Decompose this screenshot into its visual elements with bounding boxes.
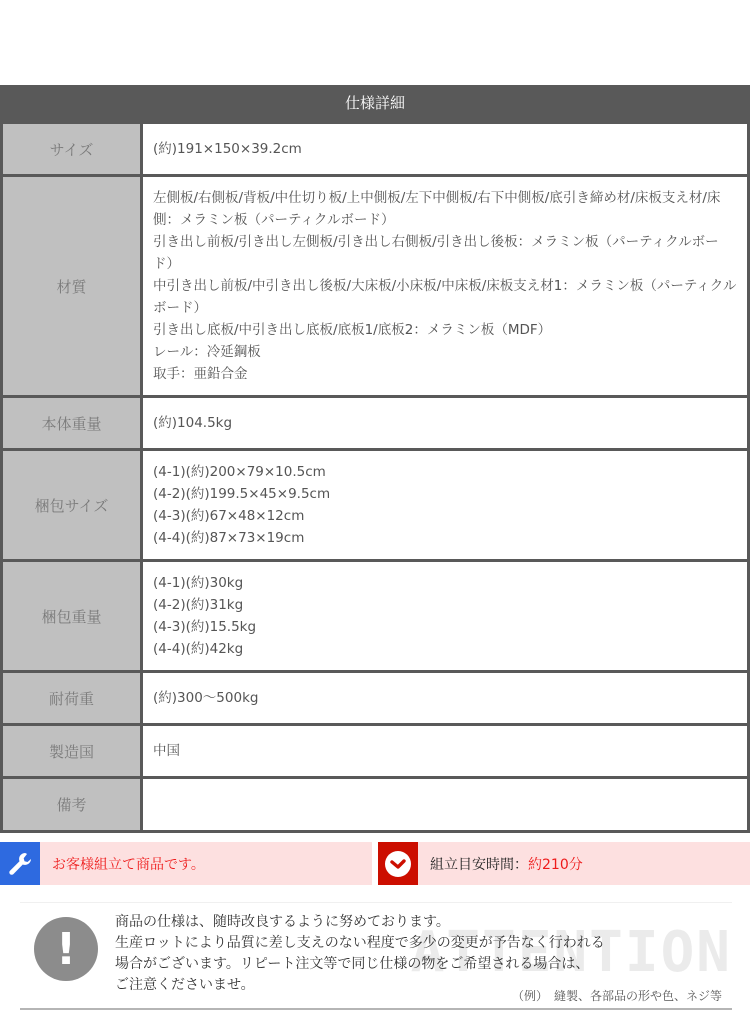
value-line: 引き出し前板/引き出し左側板/引き出し右側板/引き出し後板：メラミン板（パーティ…	[153, 231, 737, 275]
table-row: 備考	[2, 778, 749, 832]
row-value-body-weight: (約)104.5kg	[142, 397, 749, 450]
row-label-package-size: 梱包サイズ	[2, 450, 142, 561]
row-value-country: 中国	[142, 725, 749, 778]
row-value-size: (約)191×150×39.2cm	[142, 123, 749, 176]
row-value-package-weight: (4-1)(約)30kg (4-2)(約)31kg (4-3)(約)15.5kg…	[142, 561, 749, 672]
row-label-package-weight: 梱包重量	[2, 561, 142, 672]
value-line: (約)104.5kg	[153, 412, 737, 434]
row-value-package-size: (4-1)(約)200×79×10.5cm (4-2)(約)199.5×45×9…	[142, 450, 749, 561]
divider	[20, 902, 732, 903]
value-line: (4-2)(約)31kg	[153, 594, 737, 616]
row-label-body-weight: 本体重量	[2, 397, 142, 450]
value-line: (4-4)(約)42kg	[153, 638, 737, 660]
table-row: 材質 左側板/右側板/背板/中仕切り板/上中側板/左下中側板/右下中側板/底引き…	[2, 176, 749, 397]
row-value-notes	[142, 778, 749, 832]
row-label-notes: 備考	[2, 778, 142, 832]
table-row: サイズ (約)191×150×39.2cm	[2, 123, 749, 176]
spec-table-body: サイズ (約)191×150×39.2cm 材質 左側板/右側板/背板/中仕切り…	[0, 121, 750, 833]
table-row: 本体重量 (約)104.5kg	[2, 397, 749, 450]
attention-notice: ATTENTION ! 商品の仕様は、随時改良するように努めております。 生産ロ…	[20, 902, 732, 1010]
spec-table-title: 仕様詳細	[0, 85, 750, 121]
value-line: 左側板/右側板/背板/中仕切り板/上中側板/左下中側板/右下中側板/底引き締め材…	[153, 187, 737, 231]
value-line: 引き出し底板/中引き出し底板/底板1/底板2：メラミン板（MDF）	[153, 319, 737, 341]
divider	[20, 1008, 732, 1010]
row-value-material: 左側板/右側板/背板/中仕切り板/上中側板/左下中側板/右下中側板/底引き締め材…	[142, 176, 749, 397]
value-line: 取手：亜鉛合金	[153, 363, 737, 385]
table-row: 耐荷重 (約)300〜500kg	[2, 672, 749, 725]
row-label-load-capacity: 耐荷重	[2, 672, 142, 725]
value-line: (4-3)(約)67×48×12cm	[153, 505, 737, 527]
value-line: (4-3)(約)15.5kg	[153, 616, 737, 638]
attention-line: 商品の仕様は、随時改良するように努めております。	[115, 912, 605, 933]
attention-line: 場合がございます。リピート注文等で同じ仕様の物をご希望される場合は、	[115, 954, 605, 975]
row-label-material: 材質	[2, 176, 142, 397]
value-line: 中引き出し前板/中引き出し後板/大床板/小床板/中床板/床板支え材1：メラミン板…	[153, 275, 737, 319]
attention-line: 生産ロットにより品質に差し支えのない程度で多少の変更が予告なく行われる	[115, 933, 605, 954]
assembly-time-banner: 組立目安時間：約210分	[378, 842, 750, 885]
assembly-banner: お客様組立て商品です。	[0, 842, 372, 885]
assembly-time-label: 組立目安時間：	[430, 857, 528, 873]
row-label-country: 製造国	[2, 725, 142, 778]
table-row: 梱包サイズ (4-1)(約)200×79×10.5cm (4-2)(約)199.…	[2, 450, 749, 561]
value-line: レール：冷延鋼板	[153, 341, 737, 363]
value-line: (4-1)(約)200×79×10.5cm	[153, 461, 737, 483]
attention-message: 商品の仕様は、随時改良するように努めております。 生産ロットにより品質に差し支え…	[115, 912, 605, 996]
attention-example: （例） 縫製、各部品の形や色、ネジ等	[512, 987, 722, 1004]
value-line: (約)191×150×39.2cm	[153, 138, 737, 160]
value-line: (4-2)(約)199.5×45×9.5cm	[153, 483, 737, 505]
assembly-time-value: 約210分	[528, 857, 583, 873]
wrench-icon	[0, 842, 40, 885]
clock-icon	[378, 842, 418, 885]
value-line: (4-1)(約)30kg	[153, 572, 737, 594]
row-label-size: サイズ	[2, 123, 142, 176]
row-value-load-capacity: (約)300〜500kg	[142, 672, 749, 725]
spec-table: 仕様詳細 サイズ (約)191×150×39.2cm 材質 左側板/右側板/背板…	[0, 85, 750, 833]
assembly-text: お客様組立て商品です。	[52, 854, 205, 874]
table-row: 製造国 中国	[2, 725, 749, 778]
value-line: 中国	[153, 740, 737, 762]
exclamation-icon: !	[34, 917, 98, 981]
assembly-time-text: 組立目安時間：約210分	[430, 854, 583, 874]
value-line: (4-4)(約)87×73×19cm	[153, 527, 737, 549]
value-line: (約)300〜500kg	[153, 687, 737, 709]
table-row: 梱包重量 (4-1)(約)30kg (4-2)(約)31kg (4-3)(約)1…	[2, 561, 749, 672]
